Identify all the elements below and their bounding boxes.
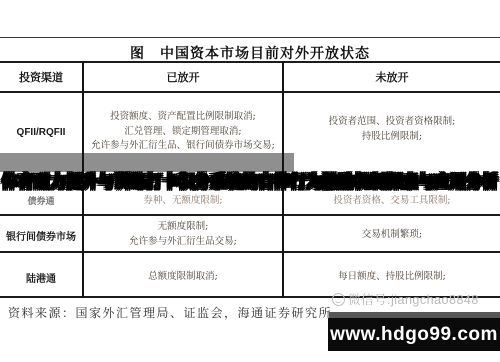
table-cell-line: 投资额度、资产配置比例限制取消; <box>84 110 282 125</box>
table-cell-line: 每日额度、持股比例限制; <box>284 270 500 285</box>
website-watermark-text: www.hdgo99.com <box>330 324 498 346</box>
wechat-watermark: 微信号:jiangchao8848 <box>332 291 479 307</box>
table-cell-line: 汇兑管理、锁定期管理取消; <box>84 125 282 140</box>
table-cell-line: 无额度限制; <box>84 220 282 235</box>
wechat-smiley-icon <box>332 293 345 306</box>
website-watermark-box: www.hdgo99.com <box>328 318 500 351</box>
page-top-rule <box>0 37 500 38</box>
wechat-watermark-text: 微信号:jiangchao8848 <box>348 290 479 308</box>
table-row-separator-1 <box>0 214 500 216</box>
table-cell-line: 持股比例限制; <box>284 130 500 145</box>
report-figure-page: 图 中国资本市场目前对外开放状态 投资渠道 已放开 未放开 QFII/RQFII… <box>0 0 500 362</box>
row-stock-connect-not-opened: 每日额度、持股比例限制; <box>284 270 500 285</box>
table-cell-line: 允许参与外汇衍生品、银行间债券市场交易; <box>84 139 282 154</box>
table-row-separator-2 <box>0 251 500 253</box>
row-label-qfii: QFII/RQFII <box>0 127 82 138</box>
row-interbank-opened: 无额度限制; 允许参与外汇衍生品交易; <box>84 220 282 249</box>
table-cell-line: 总额度限制取消; <box>84 270 282 285</box>
row-label-interbank-bond-market: 银行间债券市场 <box>0 228 82 243</box>
overlay-banner-text: 体育耐力提升与训练打卡积分系统的自律行为激励机制探索与应用分析 <box>0 167 500 198</box>
row-label-stock-connect: 陆港通 <box>0 270 82 285</box>
figure-title: 图 中国资本市场目前对外开放状态 <box>0 43 500 63</box>
header-opened: 已放开 <box>84 69 282 85</box>
table-header-separator <box>0 91 500 93</box>
source-note: 资料来源：国家外汇管理局、证监会，海通证券研究所 <box>8 304 332 321</box>
row-interbank-not-opened: 交易机制繁琐; <box>284 228 500 243</box>
header-channel: 投资渠道 <box>0 69 82 85</box>
row-qfii-opened: 投资额度、资产配置比例限制取消; 汇兑管理、锁定期管理取消; 允许参与外汇衍生品… <box>84 110 282 154</box>
header-not-opened: 未放开 <box>284 69 500 85</box>
table-cell-line: 投资者范围、投资者资格限制; <box>284 115 500 130</box>
table-cell-line: 交易机制繁琐; <box>284 228 500 243</box>
table-cell-line: 允许参与外汇衍生品交易; <box>84 235 282 250</box>
row-stock-connect-opened: 总额度限制取消; <box>84 270 282 285</box>
row-qfii-not-opened: 投资者范围、投资者资格限制; 持股比例限制; <box>284 115 500 144</box>
